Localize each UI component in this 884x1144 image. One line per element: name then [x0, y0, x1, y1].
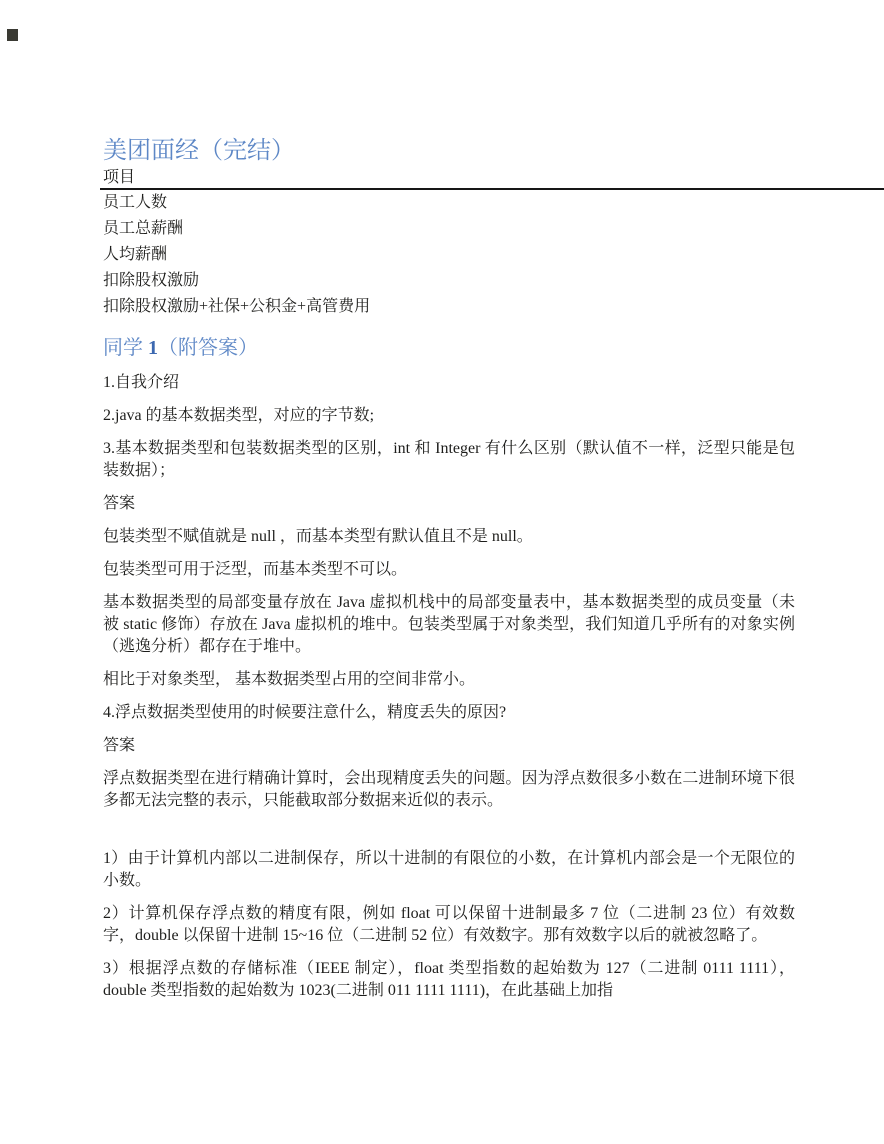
table-row: 员工人数 [103, 190, 884, 216]
salary-table: 项目 员工人数 员工总薪酬 人均薪酬 扣除股权激励 扣除股权激励+社保+公积金+… [100, 168, 884, 320]
paragraph: 2）计算机保存浮点数的精度有限，例如 float 可以保留十进制最多 7 位（二… [103, 903, 795, 947]
paragraph: 包装类型可用于泛型，而基本类型不可以。 [103, 559, 795, 581]
page-title: 美团面经（完结） [103, 136, 884, 166]
section-heading: 同学 1（附答案） [103, 335, 884, 361]
document-page: 美团面经（完结） 项目 员工人数 员工总薪酬 人均薪酬 扣除股权激励 扣除股权激… [0, 0, 884, 1144]
document-body: 1.自我介绍 2.java 的基本数据类型，对应的字节数; 3.基本数据类型和包… [103, 372, 795, 1002]
document-content: 美团面经（完结） 项目 员工人数 员工总薪酬 人均薪酬 扣除股权激励 扣除股权激… [100, 0, 884, 1002]
table-row: 员工总薪酬 [103, 216, 884, 242]
section-heading-text: 同学 [103, 337, 148, 359]
paragraph: 3.基本数据类型和包装数据类型的区别，int 和 Integer 有什么区别（默… [103, 438, 795, 482]
paragraph: 浮点数据类型在进行精确计算时，会出现精度丢失的问题。因为浮点数很多小数在二进制环… [103, 768, 795, 812]
table-row: 扣除股权激励+社保+公积金+高管费用 [103, 294, 884, 320]
corner-mark [7, 29, 18, 41]
paragraph: 1.自我介绍 [103, 372, 795, 394]
section-heading-suffix: （附答案） [158, 337, 258, 359]
paragraph: 4.浮点数据类型使用的时候要注意什么，精度丢失的原因? [103, 702, 795, 724]
table-row: 扣除股权激励 [103, 268, 884, 294]
paragraph: 2.java 的基本数据类型，对应的字节数; [103, 405, 795, 427]
paragraph: 包装类型不赋值就是 null ，而基本类型有默认值且不是 null。 [103, 526, 795, 548]
table-row: 人均薪酬 [103, 242, 884, 268]
paragraph: 3）根据浮点数的存储标准（IEEE 制定），float 类型指数的起始数为 12… [103, 958, 795, 1002]
paragraph: 基本数据类型的局部变量存放在 Java 虚拟机栈中的局部变量表中，基本数据类型的… [103, 592, 795, 658]
paragraph: 1）由于计算机内部以二进制保存，所以十进制的有限位的小数，在计算机内部会是一个无… [103, 848, 795, 892]
answer-label: 答案 [103, 493, 795, 515]
answer-label: 答案 [103, 735, 795, 757]
section-heading-number: 1 [148, 337, 158, 359]
paragraph: 相比于对象类型， 基本数据类型占用的空间非常小。 [103, 669, 795, 691]
table-header-cell: 项目 [103, 168, 884, 188]
